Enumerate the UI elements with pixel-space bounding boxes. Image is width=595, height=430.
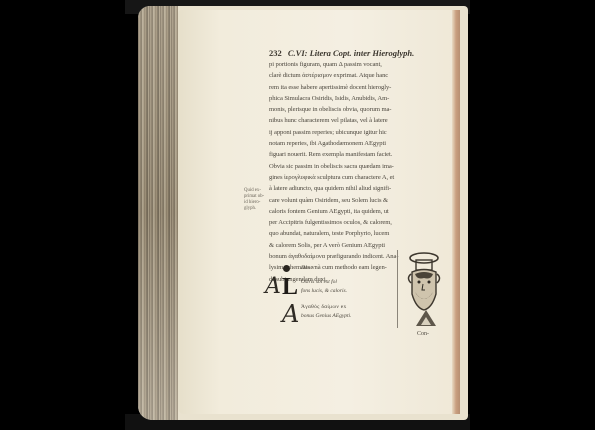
text-line: per Accipitris fulgentissimos oculos, & … xyxy=(269,217,459,228)
text-line: ij apponi passim reperies; ubicunque igi… xyxy=(269,127,459,138)
text-line: nibus hunc characterem vel pilatas, vel … xyxy=(269,115,459,126)
text-line: rem ita esse habere apertissimè docent h… xyxy=(269,82,459,93)
text-line: monis, plerisque in obeliscis obvia, quo… xyxy=(269,104,459,115)
label-deus: Deus xyxy=(301,265,312,271)
label-agathos-2: bonus Genius AEgypti. xyxy=(301,313,351,319)
text-line: caloris fontem Genium AEgypti, ita quide… xyxy=(269,206,459,217)
triangle-inner xyxy=(421,317,431,325)
catchword: Con- xyxy=(417,331,429,337)
bearded-head-icon xyxy=(402,250,446,316)
text-line: quo abundat, naturalem, teste Porphyrio,… xyxy=(269,228,459,239)
dot-glyph-icon xyxy=(283,265,290,272)
text-line: pi portionis figuram, quam Δ passim voca… xyxy=(269,59,459,70)
text-line: à latere adiuncto, qua quidem nihil aliu… xyxy=(269,183,459,194)
text-line: gines ἱερογλυφικὰ sculptura cum characte… xyxy=(269,172,459,183)
book: 232 C.VI: Litera Copt. inter Hieroglyph.… xyxy=(138,6,468,420)
label-osiris-2: fons lucis, & caloris. xyxy=(301,288,347,294)
text-line: phica Simulacra Osiridis, Isidis, Anubid… xyxy=(269,93,459,104)
text-line: notam reperies, ibi Agathodæmonem AEgypt… xyxy=(269,138,459,149)
page-stack-edges xyxy=(138,6,178,420)
figure-divider xyxy=(397,250,398,328)
text-line: care volunt quàm Osiridem, seu Solem luc… xyxy=(269,195,459,206)
handwritten-A-mark: A xyxy=(265,274,281,299)
text-line: clarè dictum ἀστέρισμον exprimat. Atque … xyxy=(269,70,459,81)
hieroglyph-figure: Deus A L Osiris sol est fol fons lucis, … xyxy=(269,250,459,346)
label-osiris-1: Osiris sol est fol xyxy=(301,279,337,285)
margin-note: Quid ex- primat ob- id hiero- glyph. xyxy=(244,188,270,212)
label-agathos-1: Ἀγαθὸς δαίμων ex xyxy=(301,304,347,310)
text-line: figuari nouerit. Rem exempla manifestam … xyxy=(269,149,459,160)
text-line: Obvia sic passim in obeliscis sacra quæd… xyxy=(269,161,459,172)
handwritten-A-mark-2: A xyxy=(282,300,299,328)
running-header: 232 C.VI: Litera Copt. inter Hieroglyph. xyxy=(269,48,459,58)
big-L-glyph: L xyxy=(282,276,298,298)
running-title: C.VI: Litera Copt. inter Hieroglyph. xyxy=(288,48,414,58)
page-number: 232 xyxy=(269,48,282,58)
